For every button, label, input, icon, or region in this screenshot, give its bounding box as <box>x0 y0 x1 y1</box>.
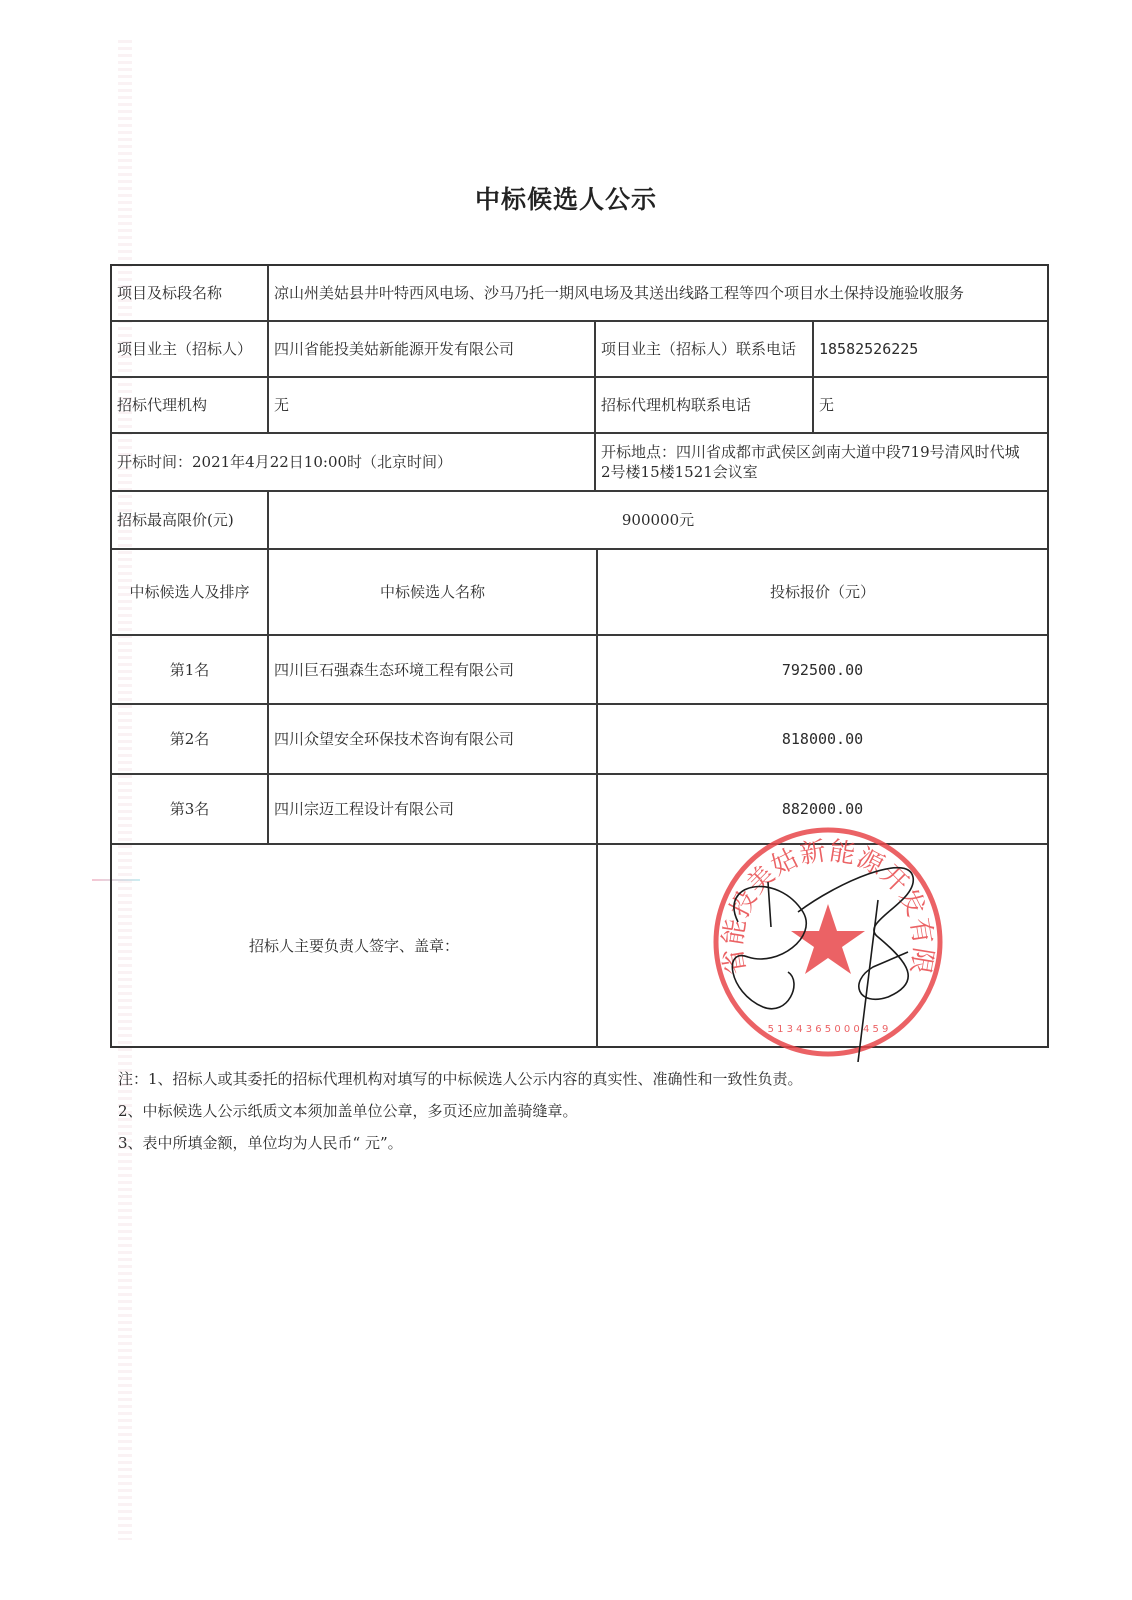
candidate-name: 四川众望安全环保技术咨询有限公司 <box>269 705 596 773</box>
candidate-rank: 第3名 <box>112 775 267 843</box>
agency-label: 招标代理机构 <box>112 378 267 432</box>
candidate-rank: 第2名 <box>112 705 267 773</box>
page-title: 中标候选人公示 <box>0 180 1132 216</box>
owner-label: 项目业主（招标人） <box>112 322 267 376</box>
open-place-line1: 开标地点：四川省成都市武侯区剑南大道中段719号清风时代城 <box>601 442 1020 462</box>
owner-value: 四川省能投美姑新能源开发有限公司 <box>269 322 594 376</box>
candidate-name: 四川巨石强森生态环境工程有限公司 <box>269 636 596 703</box>
project-name-label: 项目及标段名称 <box>112 266 267 320</box>
open-place-line2: 2号楼15楼1521会议室 <box>601 462 758 482</box>
candidate-price: 792500.00 <box>598 636 1047 703</box>
header-rank: 中标候选人及排序 <box>112 550 267 634</box>
candidate-price: 818000.00 <box>598 705 1047 773</box>
note-1: 注：1、招标人或其委托的招标代理机构对填写的中标候选人公示内容的真实性、准确性和… <box>118 1068 803 1089</box>
official-seal-icon: 四川省能投美姑新能源开发有限公司 5 1 3 4 3 6 5 0 0 0 4 5… <box>708 822 948 1062</box>
max-price-value: 900000元 <box>269 492 1047 548</box>
header-price: 投标报价（元） <box>598 550 1047 634</box>
note-2: 2、中标候选人公示纸质文本须加盖单位公章，多页还应加盖骑缝章。 <box>118 1100 578 1121</box>
agency-value: 无 <box>269 378 594 432</box>
project-name-value: 凉山州美姑县井叶特西风电场、沙马乃托一期风电场及其送出线路工程等四个项目水土保持… <box>269 266 1047 320</box>
candidate-name: 四川宗迈工程设计有限公司 <box>269 775 596 843</box>
svg-text:5 1 3 4 3 6 5 0 0 0 4 5 9: 5 1 3 4 3 6 5 0 0 0 4 5 9 <box>768 1024 889 1035</box>
open-place: 开标地点：四川省成都市武侯区剑南大道中段719号清风时代城 2号楼15楼1521… <box>596 434 1047 490</box>
max-price-label: 招标最高限价(元) <box>112 492 267 548</box>
open-time: 开标时间：2021年4月22日10:00时（北京时间） <box>112 434 594 490</box>
owner-phone-value: 18582526225 <box>814 322 1047 376</box>
agency-phone-value: 无 <box>814 378 1047 432</box>
header-name: 中标候选人名称 <box>269 550 596 634</box>
owner-phone-label: 项目业主（招标人）联系电话 <box>596 322 812 376</box>
signature-label: 招标人主要负责人签字、盖章： <box>112 845 596 1046</box>
note-3: 3、表中所填金额，单位均为人民币“ 元”。 <box>118 1132 403 1153</box>
candidate-rank: 第1名 <box>112 636 267 703</box>
agency-phone-label: 招标代理机构联系电话 <box>596 378 812 432</box>
